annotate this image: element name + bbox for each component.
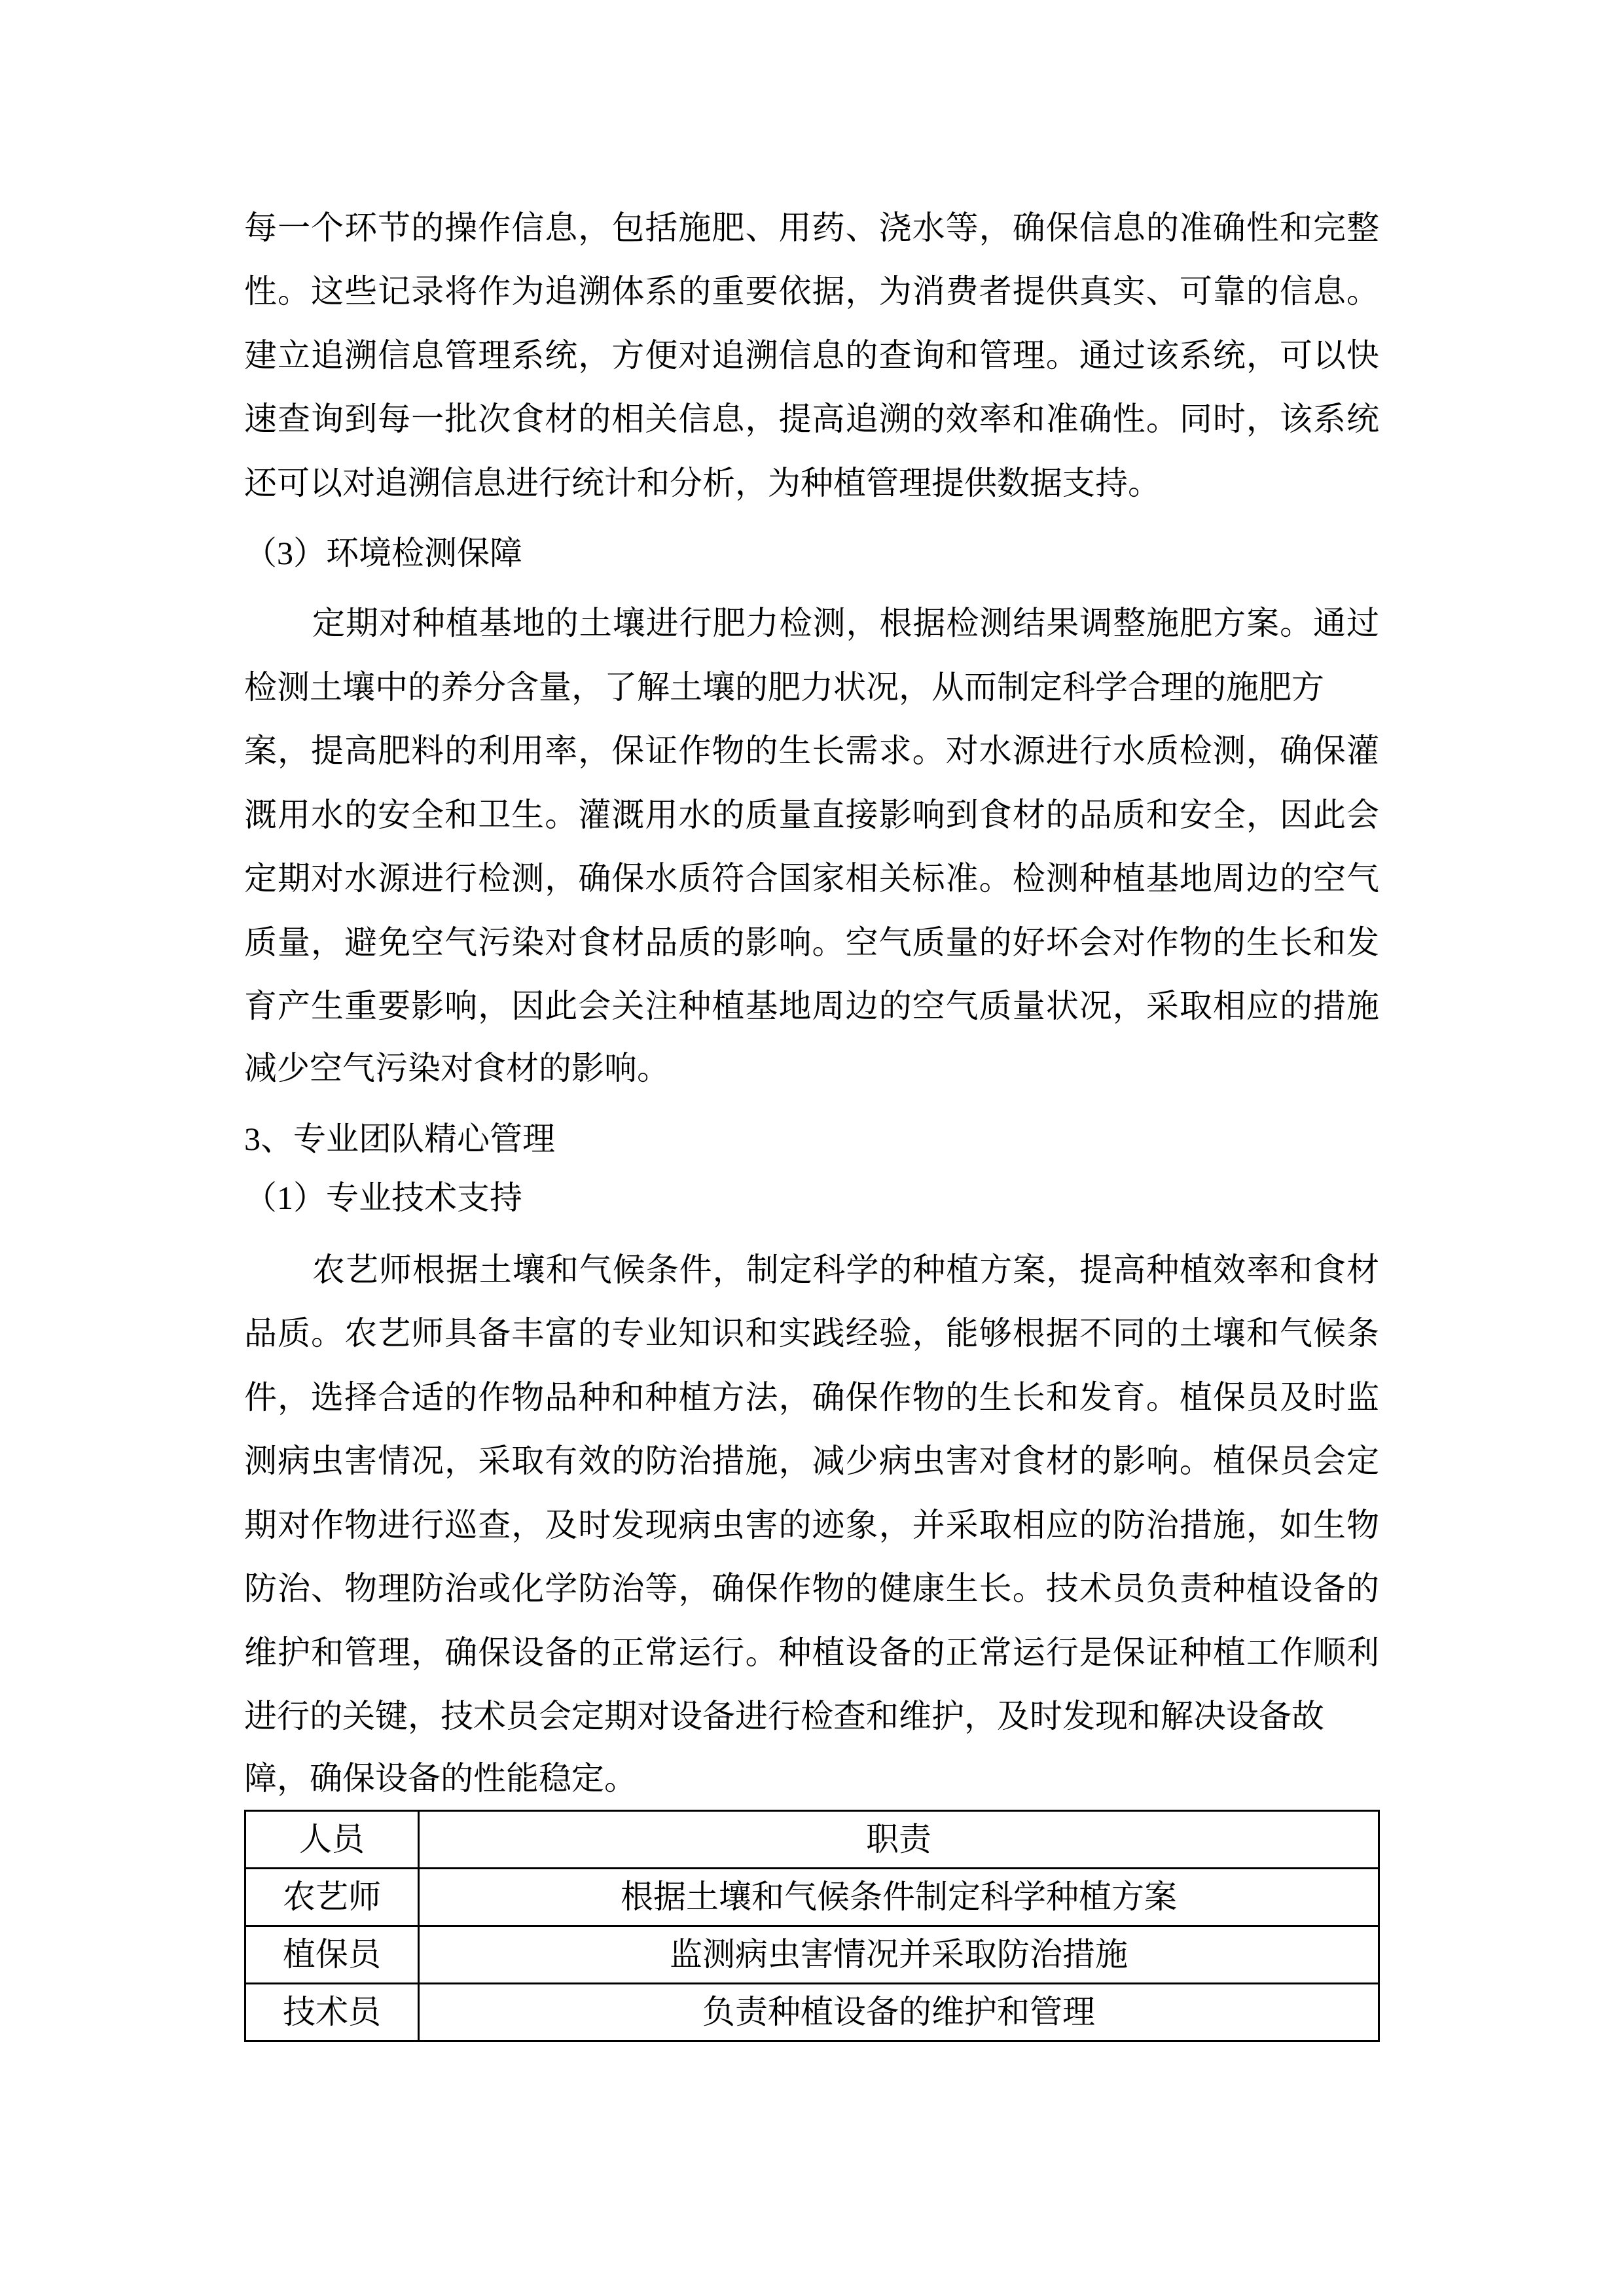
table-cell-role: 技术员	[245, 1984, 419, 2041]
section-heading-environment: （3）环境检测保障	[244, 521, 522, 585]
document-page: 每一个环节的操作信息，包括施肥、用药、浇水等，确保信息的准确性和完整 性。这些记…	[0, 0, 1624, 2296]
text-line: 品质。农艺师具备丰富的专业知识和实践经验，能够根据不同的土壤和气候条	[244, 1301, 1379, 1365]
text-line: 育产生重要影响，因此会关注种植基地周边的空气质量状况，采取相应的措施	[244, 974, 1379, 1038]
table-header-duty: 职责	[419, 1811, 1379, 1869]
text-line: 检测土壤中的养分含量，了解土壤的肥力状况，从而制定科学合理的施肥方	[244, 655, 1379, 719]
text-line: 件，选择合适的作物品种和种植方法，确保作物的生长和发育。植保员及时监	[244, 1365, 1379, 1429]
text-line: 案，提高肥料的利用率，保证作物的生长需求。对水源进行水质检测，确保灌	[244, 719, 1379, 783]
table-cell-role: 农艺师	[245, 1869, 419, 1926]
section-heading-tech-support: （1）专业技术支持	[244, 1166, 522, 1230]
table-cell-duty: 负责种植设备的维护和管理	[419, 1984, 1379, 2041]
text-line: 溉用水的安全和卫生。灌溉用水的质量直接影响到食材的品质和安全，因此会	[244, 783, 1379, 847]
text-line: 每一个环节的操作信息，包括施肥、用药、浇水等，确保信息的准确性和完整	[244, 196, 1379, 260]
text-line: 定期对水源进行检测，确保水质符合国家相关标准。检测种植基地周边的空气	[244, 846, 1379, 910]
table-cell-duty: 监测病虫害情况并采取防治措施	[419, 1926, 1379, 1984]
table-row: 农艺师 根据土壤和气候条件制定科学种植方案	[245, 1869, 1379, 1926]
text-line: 测病虫害情况，采取有效的防治措施，减少病虫害对食材的影响。植保员会定	[244, 1429, 1379, 1493]
table-cell-duty: 根据土壤和气候条件制定科学种植方案	[419, 1869, 1379, 1926]
text-line: 减少空气污染对食材的影响。	[244, 1036, 1379, 1100]
text-line: 速查询到每一批次食材的相关信息，提高追溯的效率和准确性。同时，该系统	[244, 387, 1379, 451]
text-line: 质量，避免空气污染对食材品质的影响。空气质量的好坏会对作物的生长和发	[244, 910, 1379, 975]
text-line: 农艺师根据土壤和气候条件，制定科学的种植方案，提高种植效率和食材	[244, 1238, 1379, 1302]
text-line: 防治、物理防治或化学防治等，确保作物的健康生长。技术员负责种植设备的	[244, 1556, 1379, 1621]
text-line: 定期对种植基地的土壤进行肥力检测，根据检测结果调整施肥方案。通过	[244, 591, 1379, 655]
text-line: 维护和管理，确保设备的正常运行。种植设备的正常运行是保证种植工作顺利	[244, 1621, 1379, 1685]
table-header-personnel: 人员	[245, 1811, 419, 1869]
text-line: 障，确保设备的性能稳定。	[244, 1746, 1379, 1810]
text-line: 建立追溯信息管理系统，方便对追溯信息的查询和管理。通过该系统，可以快	[244, 323, 1379, 387]
table-header-row: 人员 职责	[245, 1811, 1379, 1869]
table-row: 植保员 监测病虫害情况并采取防治措施	[245, 1926, 1379, 1984]
text-line: 还可以对追溯信息进行统计和分析，为种植管理提供数据支持。	[244, 451, 1379, 515]
table-row: 技术员 负责种植设备的维护和管理	[245, 1984, 1379, 2041]
table-cell-role: 植保员	[245, 1926, 419, 1984]
duties-table: 人员 职责 农艺师 根据土壤和气候条件制定科学种植方案 植保员 监测病虫害情况并…	[244, 1810, 1380, 2042]
text-line: 期对作物进行巡查，及时发现病虫害的迹象，并采取相应的防治措施，如生物	[244, 1493, 1379, 1557]
text-line: 性。这些记录将作为追溯体系的重要依据，为消费者提供真实、可靠的信息。	[244, 259, 1379, 323]
section-heading-team: 3、专业团队精心管理	[244, 1107, 555, 1171]
text-line: 进行的关键，技术员会定期对设备进行检查和维护，及时发现和解决设备故	[244, 1684, 1379, 1748]
